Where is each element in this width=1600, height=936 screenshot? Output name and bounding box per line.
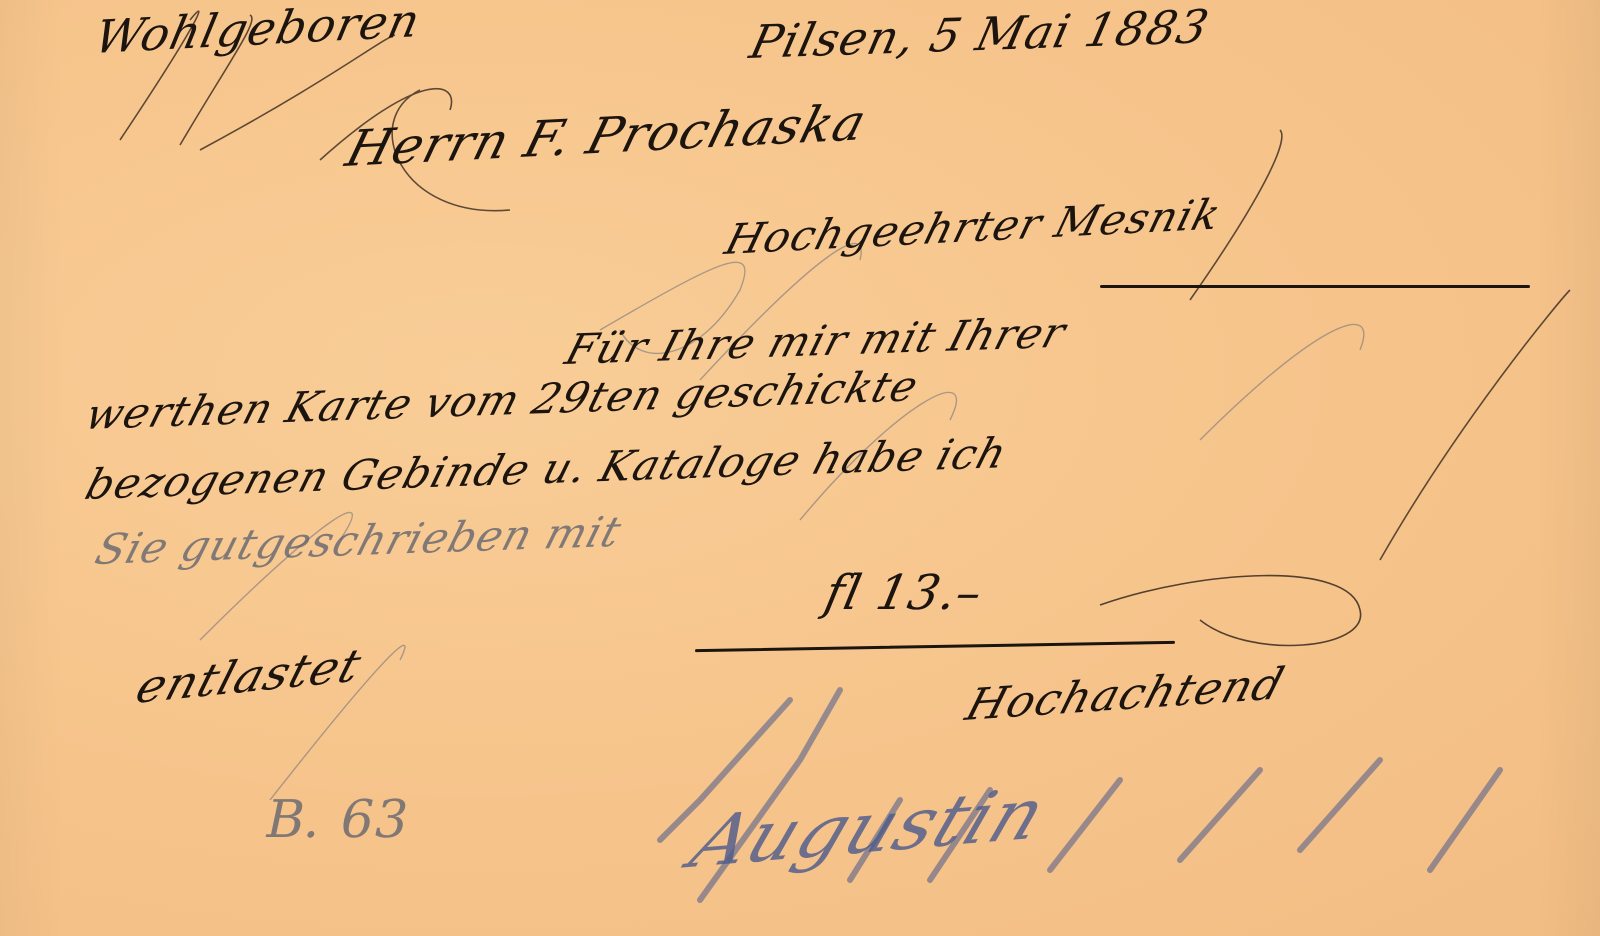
addressee-line-1: Herrn F. Prochaska <box>340 93 873 178</box>
salutation: Wohlgeboren <box>90 0 426 64</box>
signature: Augustin <box>680 771 1058 884</box>
addressee-underline <box>1100 285 1530 288</box>
amount-underline <box>695 641 1175 652</box>
body-line-1: Für Ihre mir mit Ihrer <box>560 308 1072 374</box>
reference-number: B. 63 <box>260 790 415 850</box>
body-line-2: werthen Karte vom 29ten geschickte <box>80 361 924 439</box>
place-date: Pilsen, 5 Mai 1883 <box>745 0 1214 69</box>
body-line-3: bezogenen Gebinde u. Kataloge habe ich <box>80 428 1013 509</box>
addressee-line-2: Hochgeehrter Mesnik <box>720 190 1227 264</box>
amount: fl 13.– <box>820 565 988 621</box>
body-line-4: Sie gutgeschrieben mit <box>90 507 628 574</box>
closing: Hochachtend <box>960 659 1290 731</box>
left-note-entlastet: entlastet <box>130 638 368 714</box>
postcard: Wohlgeboren Pilsen, 5 Mai 1883 Herrn F. … <box>0 0 1600 936</box>
